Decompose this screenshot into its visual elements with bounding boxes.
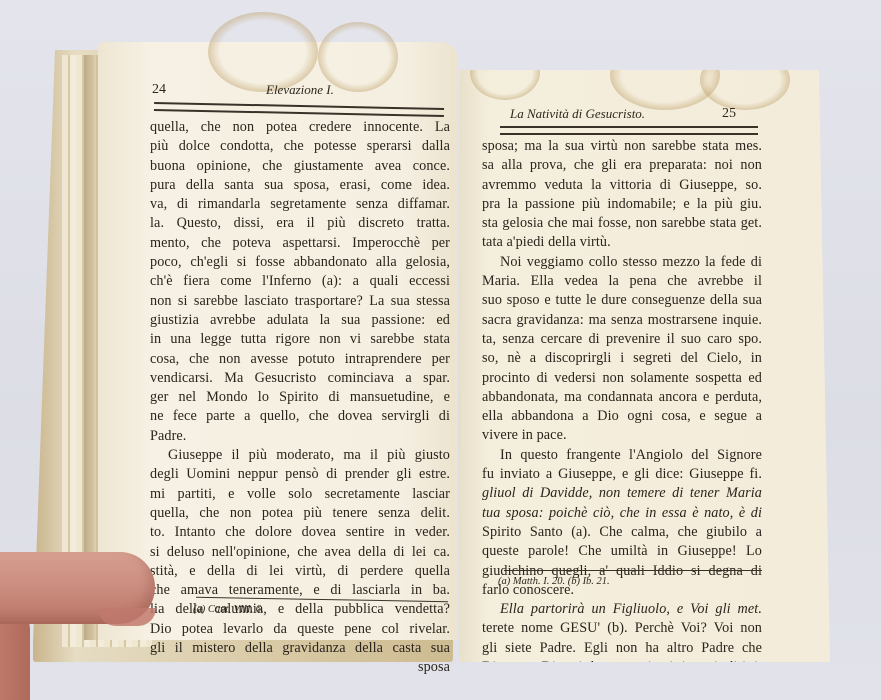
text-line: cosa, che non avesse potuto intraprender… [150,350,450,369]
open-book: 24 Elevazione I. quella, che non potea c… [0,0,881,700]
water-stain [208,12,318,92]
text-line: Maria. Ella vedea la pena che avrebbe il [482,272,762,291]
text-line: Dio: ma Dio vi ha partecipati i suoi dir… [482,658,762,677]
text-line: sacra gravidanza: ma senza mostrarsene i… [482,311,762,330]
catchword: sposa [150,658,450,677]
text-line: queste parole! Che umiltà in Giuseppe! L… [482,542,762,561]
right-page: La Natività di Gesucristo. 25 sposa; ma … [460,70,830,662]
water-stain [470,45,540,100]
text-line: pra la passione più indomabile; e la più… [482,195,762,214]
text-line: sa alla prova, che gli era preparata: no… [482,156,762,175]
text-line: giustizia avrebbe adulata la sua passion… [150,311,450,330]
text-line: ella abbandona a Dio ogni cosa, e segue … [482,407,762,426]
text-line: quella, che non potea più tenere senza d… [150,504,450,523]
text-line: Giuseppe il più moderato, ma il più gius… [150,446,450,465]
water-stain [700,50,790,110]
text-line: gli il mistero della gravidanza della ca… [150,639,450,658]
thumb-shadow [98,608,156,626]
text-line: ta, senza cercare di prevenire il suo ca… [482,330,762,349]
text-line: va, di rimandarla segretamente senza dif… [150,195,450,214]
page-number: 24 [152,82,166,98]
left-page-text: quella, che non potea credere innocente.… [150,118,450,678]
text-line: fu inviato a Giuseppe, e gli dice: Giuse… [482,465,762,484]
text-line: avremmo veduta la vittoria di Giuseppe, … [482,176,762,195]
text-line: so, nè a discoprirgli i segreti del Ciel… [482,349,762,368]
text-line: mi partiti, e volle solo secretamente la… [150,485,450,504]
text-line: sta gelosia che mai fosse, non sarebbe s… [482,214,762,233]
text-line: suo sposo e tutte le dure conseguenze de… [482,291,762,310]
text-line: gli siete Padre. Egli non ha altro Padre… [482,639,762,658]
text-line: to. Intanto che dolore dovea sentire in … [150,523,450,542]
text-line: tata a'piedi della virtù. [482,233,762,252]
text-line: stità, e della di lei virtù, di perdere … [150,562,450,581]
text-line: degli Uomini neppur pensò di prender gli… [150,465,450,484]
header-rule [500,126,758,135]
footnote-rule [504,570,762,571]
right-page-text: sposa; ma la sua virtù non sarebbe stata… [482,137,762,697]
text-line: non si sarebbe lasciato trasportare? La … [150,292,450,311]
text-line: sposa; ma la sua virtù non sarebbe stata… [482,137,762,156]
text-line: ne fece parte a quello, che dovea servir… [150,407,450,426]
text-line: ger nel Mondo lo Spirito di mansuetudine… [150,388,450,407]
text-line: mento, che poteva aspettarsi. Imperocchè… [150,234,450,253]
running-head: La Natività di Gesucristo. [510,106,645,122]
text-line: Spirito Santo (a). Che calma, che giubil… [482,523,762,542]
text-line: quella, che non potea credere innocente.… [150,118,450,137]
text-line: In questo frangente l'Angiolo del Signor… [482,446,762,465]
text-line: Noi veggiamo collo stesso mezzo la fede … [482,253,762,272]
text-line: buona opinione, che giustamente avea con… [150,157,450,176]
page-number: 25 [722,106,736,122]
text-line: terete nome GESU' (b). Perchè Voi? Voi n… [482,619,762,638]
text-line: Padre. [150,427,450,446]
text-line: Ella partorirà un Figliuolo, e Voi gli m… [482,600,762,619]
footnote: (a) Cant. VIII. 6. [193,604,264,615]
text-line: Dio potea levarlo da queste pene col riv… [150,620,450,639]
text-line: poco, ch'egli si fosse abbandonato alla … [150,253,450,272]
text-line: più dolce condotta, che potesse sperarsi… [150,137,450,156]
running-head: Elevazione I. [266,82,334,98]
text-line: pura della santa sua sposa, erasi, come … [150,176,450,195]
text-line: si deluso nell'opinione, che avea della … [150,543,450,562]
text-line: gliuol di Davidde, non temere di tener M… [482,484,762,503]
footnote: (a) Matth. I. 20. (b) Ib. 21. [498,576,610,587]
text-line: in una legge tutta rigore non vi sarebbe… [150,330,450,349]
left-page: 24 Elevazione I. quella, che non potea c… [98,42,458,640]
header-rule [154,102,444,117]
text-line: vendicarsi. Ma Gesucristo cominciava a s… [150,369,450,388]
text-line: ch'è fiera come l'Inferno (a): a quali e… [150,272,450,291]
text-line: tua sposa: poichè ciò, che in essa è nat… [482,504,762,523]
text-line: la. Questo, dissi, era il più discreto t… [150,214,450,233]
text-line: vivere in pace. [482,426,762,445]
text-line: abbandonata, ma condannata ancora e perd… [482,388,762,407]
text-line: procinto di vedersi non solamente sospet… [482,369,762,388]
catchword: Voi [482,677,762,696]
